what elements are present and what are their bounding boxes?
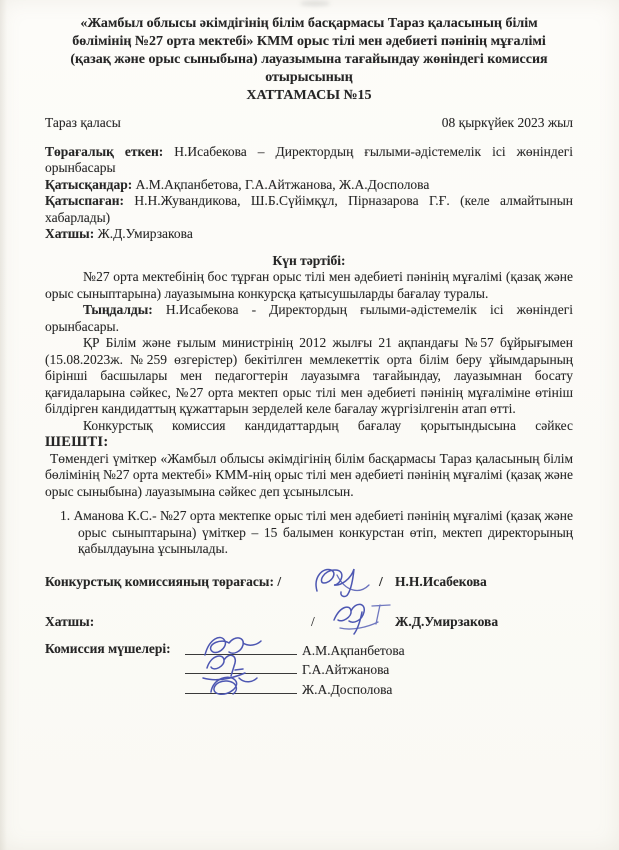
- decision-item: 1. Аманова К.С.- №27 орта мектепке орыс …: [60, 508, 573, 558]
- participants-section: Төрағалық еткен: Н.Исабекова – Директорд…: [45, 144, 573, 243]
- decision-item-number: 1.: [60, 508, 70, 523]
- chair-name: Н.Н.Исабекова: [395, 574, 487, 591]
- title-line: (қазақ және орыс сыныбына) лауазымына та…: [45, 51, 573, 69]
- secretary-name: Ж.Д.Умирзакова: [395, 614, 498, 631]
- secretary-signature-icon: [326, 598, 401, 643]
- participant-row-chairperson: Төрағалық еткен: Н.Исабекова – Директорд…: [45, 144, 573, 177]
- member-name: А.М.Ақпанбетова: [302, 643, 405, 658]
- chair-slash: /: [379, 574, 383, 591]
- decision-list: 1. Аманова К.С.- №27 орта мектепке орыс …: [60, 508, 573, 558]
- participant-value: А.М.Ақпанбетова, Г.А.Айтжанова, Ж.А.Досп…: [136, 177, 430, 192]
- title-line: отырысының: [45, 69, 573, 87]
- participant-label: Төрағалық еткен:: [45, 144, 163, 159]
- resolution-heading: ШЕШТІ:: [45, 434, 573, 451]
- participant-label: Хатшы:: [45, 226, 94, 241]
- secretary-slash: /: [311, 614, 315, 631]
- member-name: Г.А.Айтжанова: [302, 662, 389, 677]
- member-signature-row: Ж.А.Досполова: [185, 680, 573, 700]
- city-label: Тараз қаласы: [45, 115, 121, 132]
- title-line: «Жамбыл облысы әкімдігінің білім басқарм…: [45, 15, 573, 33]
- participant-row-attended: Қатысқандар: А.М.Ақпанбетова, Г.А.Айтжан…: [45, 177, 573, 194]
- participant-row-secretary: Хатшы: Ж.Д.Умирзакова: [45, 226, 573, 243]
- order-paragraph: ҚР Білім және ғылым министрінің 2012 жыл…: [45, 335, 573, 418]
- participant-label: Қатыспаған:: [45, 193, 124, 208]
- date-label: 08 қыркүйек 2023 жыл: [442, 115, 573, 132]
- protocol-number: ХАТТАМАСЫ №15: [45, 87, 573, 105]
- members-signature-block: Комиссия мүшелері: А.М.Ақпанбетова Г.А.А…: [45, 641, 573, 700]
- member-lines: А.М.Ақпанбетова Г.А.Айтжанова: [185, 641, 573, 700]
- scanned-protocol-page: «Жамбыл облысы әкімдігінің білім басқарм…: [0, 0, 619, 850]
- heard-label: Тыңдалды:: [83, 302, 153, 317]
- signature-section: Конкурстық комиссияның төрағасы: / / Н.Н…: [45, 574, 573, 700]
- members-label: Комиссия мүшелері:: [45, 641, 171, 658]
- meta-row: Тараз қаласы 08 қыркүйек 2023 жыл: [45, 115, 573, 132]
- agenda-paragraph: №27 орта мектебінің бос тұрған орыс тілі…: [45, 269, 573, 302]
- title-line: бөлімінің №27 орта мектебі» КММ орыс тіл…: [45, 33, 573, 51]
- agenda-heading: Күн тәртібі:: [45, 253, 573, 270]
- heard-paragraph: Тыңдалды: Н.Исабекова - Директордың ғылы…: [45, 302, 573, 335]
- document-title: «Жамбыл облысы әкімдігінің білім басқарм…: [45, 15, 573, 105]
- chair-label: Конкурстық комиссияның төрағасы: /: [45, 574, 281, 589]
- resolution-intro: Конкурстық комиссия кандидаттардың бағал…: [45, 418, 573, 435]
- participant-row-absent: Қатыспаған: Н.Н.Жувандикова, Ш.Б.Сүйімқұ…: [45, 193, 573, 226]
- scan-smudge: [300, 1, 330, 6]
- secretary-signature-row: Хатшы: / Ж.Д.Умирзакова: [45, 614, 573, 631]
- chair-signature-row: Конкурстық комиссияның төрағасы: / / Н.Н…: [45, 574, 573, 591]
- secretary-label: Хатшы:: [45, 614, 94, 629]
- decision-item-text: Аманова К.С.- №27 орта мектепке орыс тіл…: [74, 508, 573, 556]
- member-signature-icon: [199, 670, 264, 709]
- participant-value: Ж.Д.Умирзакова: [98, 226, 193, 241]
- scan-edge-shading: [0, 0, 7, 850]
- member-name: Ж.А.Досполова: [302, 682, 392, 697]
- resolution-paragraph: Төмендегі үміткер «Жамбыл облысы әкімдіг…: [45, 451, 573, 501]
- participant-value: Н.Н.Жувандикова, Ш.Б.Сүйімқұл, Пірназаро…: [45, 193, 573, 225]
- participant-label: Қатысқандар:: [45, 177, 132, 192]
